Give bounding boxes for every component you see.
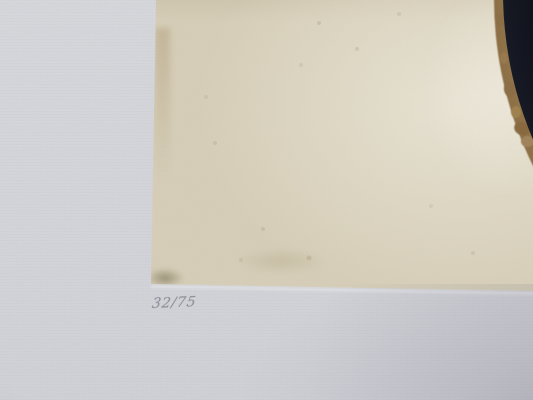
deckle-blob [511,106,521,118]
edition-number-inscription: 32/75 [151,294,197,312]
plate-stain-streak [155,28,170,178]
plate-lower-stain [236,248,326,274]
photograph-of-print-corner: 32/75 [0,0,533,400]
deckle-blob [500,52,508,64]
